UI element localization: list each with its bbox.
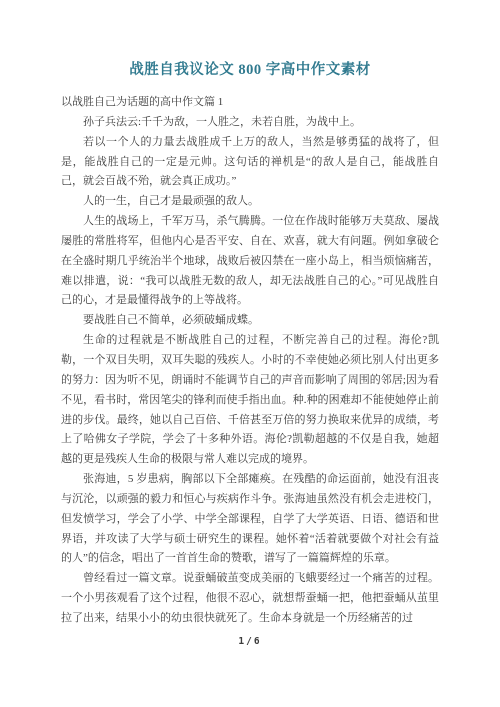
body-paragraph: 曾经看过一篇文章。说蚕蛹破茧变成美丽的飞蛾要经过一个痛苦的过程。一个小男孩观看了… xyxy=(61,569,439,629)
body-paragraph: 生命的过程就是不断战胜自己的过程，不断完善自己的过程。海伦?凯勒，一个双目失明，… xyxy=(61,331,439,470)
body-paragraph: 要战胜自己不简单，必须破蛹成蝶。 xyxy=(61,311,439,331)
body-paragraph: 人生的战场上，千军万马，杀气腾腾。一位在作战时能够万夫莫敌、屡战屡胜的常胜将军，… xyxy=(61,212,439,311)
document-page: 战胜自我议论文 800 字高中作文素材 以战胜自己为话题的高中作文篇 1 孙子兵… xyxy=(0,0,500,707)
document-title: 战胜自我议论文 800 字高中作文素材 xyxy=(0,0,500,83)
body-paragraph: 张海迪，5 岁患病，胸部以下全部瘫痪。在残酷的命运面前，她没有沮丧与沉沦，以顽强… xyxy=(61,470,439,569)
section-heading: 以战胜自己为话题的高中作文篇 1 xyxy=(61,93,439,113)
body-paragraph: 人的一生，自己才是最顽强的敌人。 xyxy=(61,192,439,212)
body-paragraph: 孙子兵法云:千千为敌，一人胜之，未若自胜，为战中上。 xyxy=(61,113,439,133)
body-paragraph: 若以一个人的力量去战胜成千上万的敌人，当然是够勇猛的战将了，但是，能战胜自己的一… xyxy=(61,133,439,193)
document-body: 以战胜自己为话题的高中作文篇 1 孙子兵法云:千千为敌，一人胜之，未若自胜，为战… xyxy=(61,93,439,629)
page-number: 1/6 xyxy=(0,636,500,647)
